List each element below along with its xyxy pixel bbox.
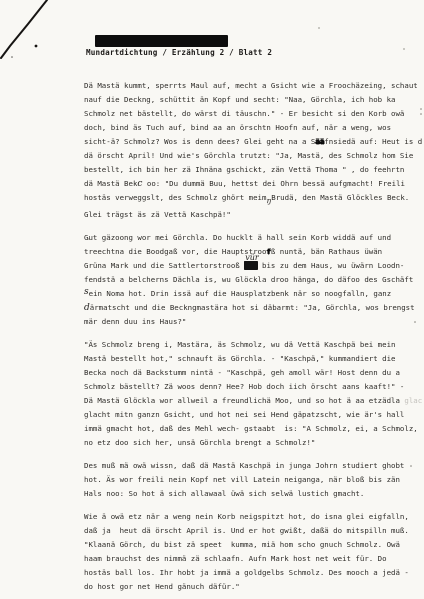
text-segment: sicht-ä? Schmolz? Wos is denn dees? Glei… <box>84 137 315 146</box>
text-line: bestellt, ich bin her zä Ihnäna gschickt… <box>84 163 424 177</box>
text-segment: Grüna Mark und die Sattlertorstrooß <box>84 261 244 270</box>
text-line: nauf die Deckng, schüttit än Kopf und se… <box>84 93 424 107</box>
text-segment: ärmatscht und die Beckngmastära hot si d… <box>90 303 415 312</box>
text-line: glacht mitn ganzn Gsicht, und hot nei se… <box>84 408 424 422</box>
text-line: därmatscht und die Beckngmastära hot si … <box>84 301 424 315</box>
text-segment: ß nuntä, bän Rathaus üwän <box>271 247 382 256</box>
text-line: hot. Äs wor freili nein Kopf net vill La… <box>84 473 424 487</box>
text-line: no etz doo sich her, unsä Görchla brengt… <box>84 436 424 450</box>
paragraph-2: Gut gäzoong wor mei Görchla. Do hucklt ä… <box>84 231 424 329</box>
redaction-bar <box>95 35 228 47</box>
document-page: Mundartdichtung / Erzählung 2 / Blatt 2 … <box>0 0 424 599</box>
text-segment: Brudä, den Mastä Glöckles Beck. <box>271 193 409 202</box>
text-line: Mastä bestellt hot," schnauft äs Görchla… <box>84 352 424 366</box>
handwritten-word-above: vür <box>245 251 259 265</box>
text-segment: Dä Mastä Glöckla wor allweil a freundlic… <box>84 396 404 405</box>
paragraph-3: "Äs Schmolz breng i, Mastära, äs Schmolz… <box>84 338 424 450</box>
text-line: Becka noch dä Backstumm nintä - "Kaschpä… <box>84 366 424 380</box>
scan-speck <box>318 27 320 29</box>
text-line: Grüna Mark und die Sattlertorstrooß ███v… <box>84 259 424 273</box>
scan-speck <box>403 48 405 50</box>
text-line: Dä Mastä kummt, sperrts Maul auf, mecht … <box>84 79 424 93</box>
text-line: dä örscht April! Und wie's Görchla trutz… <box>84 149 424 163</box>
text-line: Wie ä owä etz när a weng nein Korb neigs… <box>84 510 424 524</box>
text-line: Des muß mä owä wissn, daß dä Mastä Kasch… <box>84 459 424 473</box>
text-line: mär denn duu ins Haus?" <box>84 315 424 329</box>
text-line: sicht-ä? Schmolz? Wos is denn dees? Glei… <box>84 135 424 149</box>
text-line: Schmolz net bästellt, do wärst di täusch… <box>84 107 424 121</box>
text-line: hostäs ball los. Ihr hobt ja immä a gold… <box>84 566 424 580</box>
text-line: daß ja heut dä örscht April is. Und er h… <box>84 524 424 538</box>
pen-stroke-icon <box>0 0 64 70</box>
text-line: haam brauchst des nimmä zä schlaafn. Auf… <box>84 552 424 566</box>
struck-out-word-with-correction: ███vür <box>244 259 257 273</box>
paragraph-1: Dä Mastä kummt, sperrts Maul auf, mecht … <box>84 79 424 222</box>
paragraph-4: Des muß mä owä wissn, daß dä Mastä Kasch… <box>84 459 424 501</box>
text-line: dä Mastä Bekc oo: "Du dummä Buu, hettst … <box>84 177 424 191</box>
text-line: "Klaanä Görch, du bist zä speet kumma, m… <box>84 538 424 552</box>
text-line: do host gor net Hend gänuch däfür." <box>84 580 424 594</box>
text-segment: treechtna die Boodgaß vor, die Hauptstro… <box>84 247 266 256</box>
text-line: immä gmacht hot, daß des Mehl wech- gsta… <box>84 422 424 436</box>
text-line: Glei trägst äs zä Vettä Kaschpä!" <box>84 208 424 222</box>
text-line: doch, bind äs Tuch auf, bind aa an örsch… <box>84 121 424 135</box>
faded-typed-word: glac <box>404 396 422 405</box>
text-line: fendstä a belcherns Dächla is, wu Glöckl… <box>84 273 424 287</box>
text-line: sein Noma hot. Drin issä auf die Hauspla… <box>84 287 424 301</box>
text-segment: fnsiedä auf: Heut is d <box>324 137 422 146</box>
paragraph-5: Wie ä owä etz när a weng nein Korb neigs… <box>84 510 424 594</box>
text-line: hostäs verweggslt, des Schmolz ghört mei… <box>84 191 424 208</box>
text-line: Schmolz bästellt? Zä woos denn? Hee? Hob… <box>84 380 424 394</box>
page-title: Mundartdichtung / Erzählung 2 / Blatt 2 <box>86 48 272 57</box>
text-segment: bis zu dem Haus, wu üwärn Loodn- <box>258 261 405 270</box>
text-line: "Äs Schmolz breng i, Mastära, äs Schmolz… <box>84 338 424 352</box>
text-segment: hostäs verweggslt, des Schmolz ghört mei… <box>84 193 266 202</box>
text-segment: oo: "Du dummä Buu, hettst dei Ohrn bessä… <box>142 179 405 188</box>
overtyped-letters: ää <box>315 137 324 146</box>
typewritten-text: Dä Mastä kummt, sperrts Maul auf, mecht … <box>84 79 424 599</box>
text-line: Hals noo: So hot ä sich allawaal üwä sic… <box>84 487 424 501</box>
handwritten-correction: s <box>84 285 89 299</box>
text-line: Dä Mastä Glöckla wor allweil a freundlic… <box>84 394 424 408</box>
text-segment: ein Noma hot. Drin issä auf die Hausplat… <box>89 289 392 298</box>
text-line: Gut gäzoong wor mei Görchla. Do hucklt ä… <box>84 231 424 245</box>
text-segment: dä Mastä Bek <box>84 179 137 188</box>
